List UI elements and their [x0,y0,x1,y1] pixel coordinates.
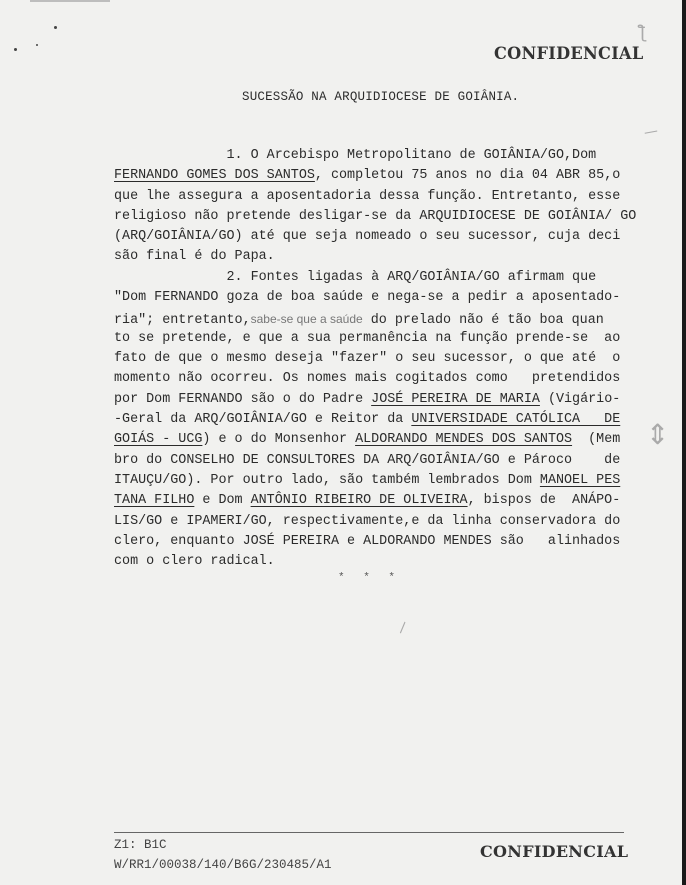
paragraph-line: to se pretende, e que a sua permanência … [114,329,624,349]
paragraph-line: que lhe assegura a aposentadoria dessa f… [114,187,624,207]
classification-stamp-bottom: CONFIDENCIAL [480,842,628,861]
paragraph-line: ITAUÇU/GO). Por outro lado, são também l… [114,471,624,491]
section-separator: * * * [338,572,401,584]
paragraph-line: são final é do Papa. [114,247,624,267]
scan-speck [36,44,38,46]
handwritten-mark: ƪ [640,22,646,43]
paragraph-line: -Geral da ARQ/GOIÂNIA/GO e Reitor da UNI… [114,410,624,430]
handwritten-arrow-icon: ⇕ [646,418,669,451]
paragraph-1: 1. O Arcebispo Metropolitano de GOIÂNIA/… [114,146,624,268]
scan-right-edge [682,0,686,885]
footer-rule [114,832,624,833]
paragraph-line: fato de que o mesmo deseja "fazer" o seu… [114,349,624,369]
paragraph-line: por Dom FERNANDO são o do Padre JOSÉ PER… [114,390,624,410]
paragraph-line: (ARQ/GOIÂNIA/GO) até que seja nomeado o … [114,227,624,247]
paragraph-line: TANA FILHO e Dom ANTÔNIO RIBEIRO DE OLIV… [114,491,624,511]
scan-mark: \ [395,620,409,635]
footer-code-line-1: Z1: B1C [114,838,167,852]
footer-code-line-2: W/RR1/00038/140/B6G/230485/A1 [114,858,332,872]
paragraph-line: ria"; entretanto,sabe-se que a saúde do … [114,309,624,329]
document-title: SUCESSÃO NA ARQUIDIOCESE DE GOIÂNIA. [242,90,519,104]
paragraph-line: LIS/GO e IPAMERI/GO, respectivamente,e d… [114,512,624,532]
paragraph-line: com o clero radical. [114,552,624,572]
paragraph-line: 2. Fontes ligadas à ARQ/GOIÂNIA/GO afirm… [114,268,624,288]
paragraph-line: momento não ocorreu. Os nomes mais cogit… [114,369,624,389]
paragraph-line: "Dom FERNANDO goza de boa saúde e nega-s… [114,288,624,308]
classification-stamp-top: CONFIDENCIAL [494,44,644,64]
scan-speck [54,26,57,29]
paragraph-line: GOIÁS - UCG) e o do Monsenhor ALDORANDO … [114,430,624,450]
paragraph-line: FERNANDO GOMES DOS SANTOS, completou 75 … [114,166,624,186]
handwritten-dash: — [643,123,660,141]
paragraph-line: bro do CONSELHO DE CONSULTORES DA ARQ/GO… [114,451,624,471]
paragraph-line: 1. O Arcebispo Metropolitano de GOIÂNIA/… [114,146,624,166]
paragraph-line: religioso não pretende desligar-se da AR… [114,207,624,227]
paragraph-2: 2. Fontes ligadas à ARQ/GOIÂNIA/GO afirm… [114,268,624,572]
paragraph-line: clero, enquanto JOSÉ PEREIRA e ALDORANDO… [114,532,624,552]
scan-top-edge [30,0,110,2]
scan-speck [14,48,17,51]
